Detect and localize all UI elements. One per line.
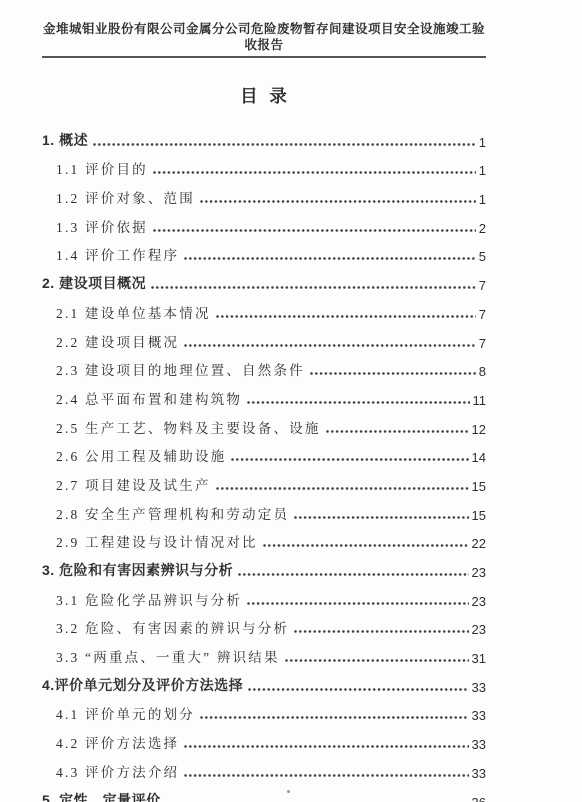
toc-dotted-leader — [184, 745, 468, 748]
toc-dotted-leader — [294, 630, 468, 633]
toc-dotted-leader — [216, 487, 469, 490]
toc-entry-page: 11 — [473, 393, 487, 408]
toc-entry-page: 5 — [479, 249, 486, 264]
toc-entry-page: 33 — [472, 766, 486, 781]
toc-entry-label: 2.6 公用工程及辅助设施 — [56, 445, 226, 465]
toc-entry-page: 12 — [472, 422, 486, 437]
document-page: 金堆城钼业股份有限公司金属分公司危险废物暂存间建设项目安全设施竣工验收报告 目 … — [0, 0, 582, 802]
toc-entry: 1. 概述 1 — [42, 121, 486, 150]
toc-entry: 1.3 评价依据 2 — [42, 207, 486, 236]
toc-entry-page: 7 — [479, 336, 486, 351]
toc-entry-page: 22 — [472, 536, 486, 551]
toc-entry: 2.4 总平面布置和建构筑物 11 — [42, 379, 486, 408]
toc-entry: 3.1 危险化学品辨识与分析 23 — [42, 580, 486, 609]
toc-entry-page: 23 — [472, 622, 486, 637]
toc-entry: 4.1 评价单元的划分 33 — [42, 695, 486, 724]
toc-entry: 4.评价单元划分及评价方法选择 33 — [42, 666, 486, 695]
toc-dotted-leader — [153, 229, 476, 232]
toc-entry-label: 4.评价单元划分及评价方法选择 — [42, 675, 243, 695]
toc-entry-page: 8 — [479, 364, 486, 379]
page-content: 金堆城钼业股份有限公司金属分公司危险废物暂存间建设项目安全设施竣工验收报告 目 … — [42, 0, 486, 802]
toc-entry-label: 2.8 安全生产管理机构和劳动定员 — [56, 503, 289, 523]
toc-dotted-leader — [231, 458, 468, 461]
toc-entry: 3. 危险和有害因素辨识与分析 23 — [42, 551, 486, 580]
toc-entry-page: 2 — [479, 221, 486, 236]
toc-dotted-leader — [247, 401, 469, 404]
toc-dotted-leader — [200, 200, 476, 203]
toc-entry-label: 4.1 评价单元的划分 — [56, 703, 195, 723]
toc-entry-label: 3. 危险和有害因素辨识与分析 — [42, 560, 233, 580]
toc-dotted-leader — [294, 516, 468, 519]
toc-entry-label: 3.1 危险化学品辨识与分析 — [56, 589, 242, 609]
running-header: 金堆城钼业股份有限公司金属分公司危险废物暂存间建设项目安全设施竣工验收报告 — [42, 21, 486, 58]
toc-entry: 2.1 建设单位基本情况 7 — [42, 293, 486, 322]
toc-entry-page: 1 — [479, 163, 486, 178]
toc-entry-label: 1.4 评价工作程序 — [56, 244, 179, 264]
toc-dotted-leader — [238, 573, 468, 576]
toc-entry: 3.3 “两重点、一重大” 辨识结果 31 — [42, 637, 486, 666]
toc-entry: 1.1 评价目的 1 — [42, 150, 486, 179]
toc-dotted-leader — [184, 774, 468, 777]
toc-entry: 1.2 评价对象、范围 1 — [42, 178, 486, 207]
toc-entry-label: 2.9 工程建设与设计情况对比 — [56, 531, 258, 551]
toc-dotted-leader — [93, 143, 476, 146]
toc-dotted-leader — [184, 257, 476, 260]
toc-entry-page: 1 — [479, 135, 486, 150]
toc-entry: 2.2 建设项目概况 7 — [42, 322, 486, 351]
toc-entry-page: 14 — [472, 450, 486, 465]
toc-dotted-leader — [248, 688, 468, 691]
toc-entry-page: 7 — [479, 307, 486, 322]
toc-entry-page: 15 — [472, 479, 486, 494]
toc-entry: 1.4 评价工作程序 5 — [42, 236, 486, 265]
toc-entry: 4.2 评价方法选择 33 — [42, 723, 486, 752]
page-title: 目 录 — [42, 83, 486, 108]
toc-entry: 4.3 评价方法介绍 33 — [42, 752, 486, 781]
toc-entry: 2. 建设项目概况 7 — [42, 264, 486, 293]
toc-entry-label: 3.3 “两重点、一重大” 辨识结果 — [56, 646, 280, 666]
toc-dotted-leader — [216, 315, 476, 318]
toc-entry-page: 33 — [472, 680, 486, 695]
toc-entry: 2.7 项目建设及试生产 15 — [42, 465, 486, 494]
toc-entry-label: 4.3 评价方法介绍 — [56, 761, 179, 781]
toc-dotted-leader — [326, 430, 469, 433]
toc-entry-label: 2.7 项目建设及试生产 — [56, 474, 211, 494]
toc-entry-label: 2.2 建设项目概况 — [56, 331, 179, 351]
toc-entry-label: 1. 概述 — [42, 130, 88, 150]
table-of-contents: 1. 概述 1 1.1 评价目的 1 1.2 评价对象、范围 1 1.3 评价依… — [42, 121, 486, 802]
toc-dotted-leader — [310, 372, 476, 375]
toc-entry-page: 36 — [472, 795, 486, 802]
toc-entry: 2.8 安全生产管理机构和劳动定员 15 — [42, 494, 486, 523]
toc-entry-page: 33 — [472, 737, 486, 752]
toc-entry-page: 7 — [479, 278, 486, 293]
toc-entry-label: 2. 建设项目概况 — [42, 273, 146, 293]
toc-entry: 2.5 生产工艺、物料及主要设备、设施 12 — [42, 408, 486, 437]
toc-entry: 2.3 建设项目的地理位置、自然条件 8 — [42, 351, 486, 380]
toc-entry-page: 33 — [472, 708, 486, 723]
toc-entry-page: 31 — [472, 651, 486, 666]
toc-dotted-leader — [247, 602, 468, 605]
toc-entry: 2.6 公用工程及辅助设施 14 — [42, 437, 486, 466]
toc-entry-page: 15 — [472, 508, 486, 523]
toc-entry-label: 2.4 总平面布置和建构筑物 — [56, 388, 242, 408]
toc-entry-label: 2.1 建设单位基本情况 — [56, 302, 211, 322]
toc-entry-page: 23 — [472, 565, 486, 580]
toc-entry: 2.9 工程建设与设计情况对比 22 — [42, 523, 486, 552]
toc-entry-label: 3.2 危险、有害因素的辨识与分析 — [56, 617, 289, 637]
toc-entry-page: 23 — [472, 594, 486, 609]
scan-artifact-dot — [287, 790, 290, 793]
toc-entry-page: 1 — [479, 192, 486, 207]
toc-entry: 3.2 危险、有害因素的辨识与分析 23 — [42, 609, 486, 638]
toc-dotted-leader — [184, 344, 476, 347]
toc-entry-label: 5. 定性、定量评价 — [42, 790, 161, 802]
toc-dotted-leader — [151, 286, 476, 289]
toc-dotted-leader — [263, 544, 469, 547]
toc-dotted-leader — [153, 171, 476, 174]
toc-entry-label: 1.3 评价依据 — [56, 216, 148, 236]
toc-entry: 5. 定性、定量评价 36 — [42, 781, 486, 802]
toc-entry-label: 4.2 评价方法选择 — [56, 732, 179, 752]
toc-entry-label: 1.2 评价对象、范围 — [56, 187, 195, 207]
toc-entry-label: 1.1 评价目的 — [56, 158, 148, 178]
toc-entry-label: 2.3 建设项目的地理位置、自然条件 — [56, 359, 305, 379]
toc-entry-label: 2.5 生产工艺、物料及主要设备、设施 — [56, 417, 321, 437]
toc-dotted-leader — [200, 716, 469, 719]
toc-dotted-leader — [285, 659, 469, 662]
